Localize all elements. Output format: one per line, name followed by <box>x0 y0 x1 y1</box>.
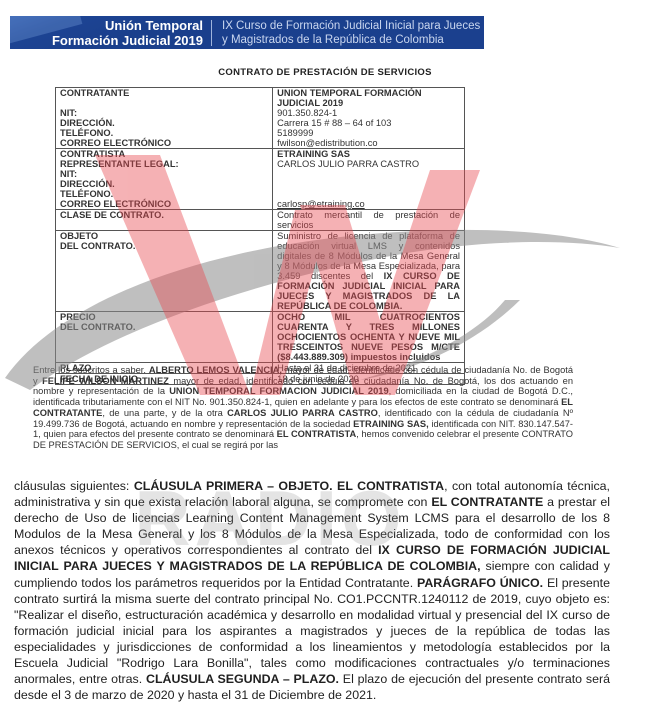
contratista-correo-link[interactable]: carlosp@etraining.co <box>277 199 460 209</box>
contratista-name: ETRAINING SAS <box>277 149 460 159</box>
objeto-label: OBJETO DEL CONTRATO. <box>56 231 273 312</box>
contratante-telefono: 5189999 <box>277 128 460 138</box>
document-title: CONTRATO DE PRESTACIÓN DE SERVICIOS <box>0 67 650 78</box>
table-row-precio: PRECIO DEL CONTRATO. OCHO MIL CUATROCIEN… <box>56 312 465 363</box>
table-row-contratante: CONTRATANTE NIT: DIRECCIÓN. TELÉFONO. CO… <box>56 88 465 149</box>
clase-value: Contrato mercantil de prestación de serv… <box>273 210 465 231</box>
contract-summary-table: CONTRATANTE NIT: DIRECCIÓN. TELÉFONO. CO… <box>55 87 465 385</box>
clase-label: CLASE DE CONTRATO. <box>56 210 273 231</box>
clauses-paragraph: cláusulas siguientes: CLÁUSULA PRIMERA –… <box>14 478 610 703</box>
banner-org-line2: Formación Judicial 2019 <box>10 33 203 48</box>
contratista-values: ETRAINING SAS CARLOS JULIO PARRA CASTRO … <box>273 149 465 210</box>
contratante-values: UNION TEMPORAL FORMACIÓN JUDICIAL 2019 9… <box>273 88 465 149</box>
banner-organization: Unión Temporal Formación Judicial 2019 <box>10 18 211 48</box>
table-row-objeto: OBJETO DEL CONTRATO. Suministro de licen… <box>56 231 465 312</box>
precio-label: PRECIO DEL CONTRATO. <box>56 312 273 363</box>
table-row-contratista: CONTRATISTA REPRESENTANTE LEGAL: NIT: DI… <box>56 149 465 210</box>
contratante-correo: fwilson@edistribution.co <box>277 138 460 148</box>
contratista-representante: CARLOS JULIO PARRA CASTRO <box>277 159 460 169</box>
banner-course-line2: y Magistrados de la República de Colombi… <box>222 33 480 47</box>
header-banner: Unión Temporal Formación Judicial 2019 I… <box>10 16 484 49</box>
contratante-name: UNION TEMPORAL FORMACIÓN JUDICIAL 2019 <box>277 88 460 108</box>
banner-course: IX Curso de Formación Judicial Inicial p… <box>212 19 480 47</box>
contratante-nit: 901.350.824-1 <box>277 108 460 118</box>
contratante-labels: CONTRATANTE NIT: DIRECCIÓN. TELÉFONO. CO… <box>56 88 273 149</box>
banner-course-line1: IX Curso de Formación Judicial Inicial p… <box>222 19 480 33</box>
objeto-value: Suministro de licencia de plataforma de … <box>273 231 465 312</box>
contratista-labels: CONTRATISTA REPRESENTANTE LEGAL: NIT: DI… <box>56 149 273 210</box>
parties-paragraph: Entre los suscritos a saber. ALBERTO LEM… <box>33 365 573 451</box>
table-row-clase: CLASE DE CONTRATO. Contrato mercantil de… <box>56 210 465 231</box>
banner-org-line1: Unión Temporal <box>10 18 203 33</box>
precio-value: OCHO MIL CUATROCIENTOS CUARENTA Y TRES M… <box>273 312 465 363</box>
contratante-direccion: Carrera 15 # 88 – 64 of 103 <box>277 118 460 128</box>
